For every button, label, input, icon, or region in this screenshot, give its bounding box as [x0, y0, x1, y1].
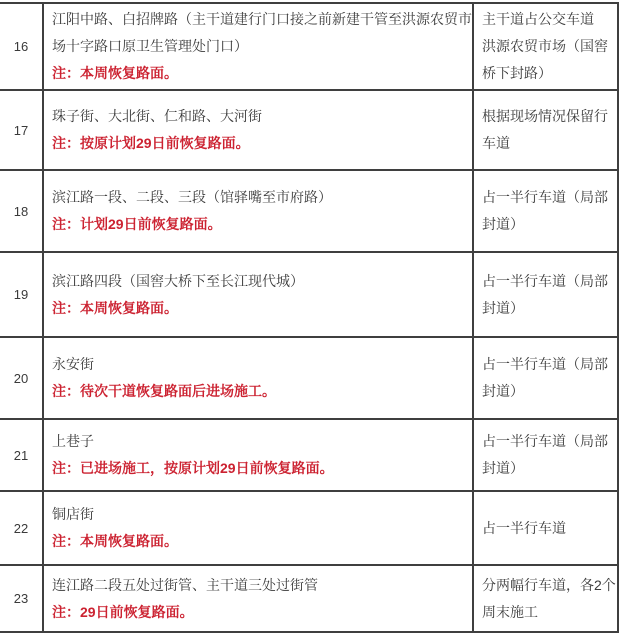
- lane-info: 占一半行车道: [482, 515, 617, 542]
- row-number-cell: 21: [0, 420, 44, 490]
- row-number: 16: [14, 33, 28, 60]
- row-number: 17: [14, 117, 28, 144]
- lane-cell: 占一半行车道: [474, 492, 619, 564]
- road-desc-cell: 滨江路一段、二段、三段（馆驿嘴至市府路） 注：计划29日前恢复路面。: [44, 171, 474, 251]
- row-number: 23: [14, 585, 28, 612]
- row-number: 22: [14, 515, 28, 542]
- lane-cell: 占一半行车道（局部封道）: [474, 253, 619, 336]
- table-row: 21 上巷子 注：已进场施工，按原计划29日前恢复路面。 占一半行车道（局部封道…: [0, 420, 619, 492]
- road-desc-cell: 永安街 注：待次干道恢复路面后进场施工。: [44, 338, 474, 418]
- road-desc: 铜店街: [52, 501, 472, 528]
- row-number-cell: 19: [0, 253, 44, 336]
- road-desc-cell: 滨江路四段（国窖大桥下至长江现代城） 注：本周恢复路面。: [44, 253, 474, 336]
- row-number: 20: [14, 365, 28, 392]
- table-row: 20 永安街 注：待次干道恢复路面后进场施工。 占一半行车道（局部封道）: [0, 338, 619, 420]
- row-number: 21: [14, 442, 28, 469]
- lane-info: 占一半行车道（局部封道）: [482, 184, 617, 238]
- road-desc: 江阳中路、白招牌路（主干道建行门口接之前新建干管至洪源农贸市场十字路口原卫生管理…: [52, 6, 472, 60]
- table-row: 22 铜店街 注：本周恢复路面。 占一半行车道: [0, 492, 619, 566]
- road-desc: 连江路二段五处过街管、主干道三处过街管: [52, 572, 472, 599]
- table-row: 18 滨江路一段、二段、三段（馆驿嘴至市府路） 注：计划29日前恢复路面。 占一…: [0, 171, 619, 253]
- row-number-cell: 20: [0, 338, 44, 418]
- road-note: 注：计划29日前恢复路面。: [52, 211, 472, 238]
- road-note: 注：待次干道恢复路面后进场施工。: [52, 378, 472, 405]
- roadwork-table: 16 江阳中路、白招牌路（主干道建行门口接之前新建干管至洪源农贸市场十字路口原卫…: [0, 2, 619, 633]
- road-desc: 上巷子: [52, 428, 472, 455]
- lane-cell: 主干道占公交车道 洪源农贸市场（国窖桥下封路）: [474, 4, 619, 89]
- road-note: 注：29日前恢复路面。: [52, 599, 472, 626]
- row-number-cell: 16: [0, 4, 44, 89]
- lane-info: 洪源农贸市场（国窖桥下封路）: [482, 33, 617, 87]
- row-number: 18: [14, 198, 28, 225]
- lane-info: 主干道占公交车道: [482, 6, 617, 33]
- lane-info: 占一半行车道（局部封道）: [482, 428, 617, 482]
- row-number-cell: 18: [0, 171, 44, 251]
- road-desc-cell: 江阳中路、白招牌路（主干道建行门口接之前新建干管至洪源农贸市场十字路口原卫生管理…: [44, 4, 474, 89]
- row-number-cell: 22: [0, 492, 44, 564]
- road-note: 注：本周恢复路面。: [52, 295, 472, 322]
- road-desc-cell: 珠子街、大北街、仁和路、大河街 注：按原计划29日前恢复路面。: [44, 91, 474, 169]
- table-row: 23 连江路二段五处过街管、主干道三处过街管 注：29日前恢复路面。 分两幅行车…: [0, 566, 619, 633]
- road-desc-cell: 上巷子 注：已进场施工，按原计划29日前恢复路面。: [44, 420, 474, 490]
- lane-info: 占一半行车道（局部封道）: [482, 351, 617, 405]
- lane-cell: 占一半行车道（局部封道）: [474, 171, 619, 251]
- lane-info: 占一半行车道（局部封道）: [482, 268, 617, 322]
- road-note: 注：本周恢复路面。: [52, 60, 472, 87]
- lane-info: 分两幅行车道，各2个周末施工: [482, 572, 617, 626]
- table-row: 17 珠子街、大北街、仁和路、大河街 注：按原计划29日前恢复路面。 根据现场情…: [0, 91, 619, 171]
- road-note: 注：已进场施工，按原计划29日前恢复路面。: [52, 455, 472, 482]
- road-note: 注：本周恢复路面。: [52, 528, 472, 555]
- road-desc: 永安街: [52, 351, 472, 378]
- lane-cell: 分两幅行车道，各2个周末施工: [474, 566, 619, 631]
- lane-cell: 占一半行车道（局部封道）: [474, 338, 619, 418]
- road-desc: 珠子街、大北街、仁和路、大河街: [52, 103, 472, 130]
- row-number-cell: 17: [0, 91, 44, 169]
- row-number: 19: [14, 281, 28, 308]
- lane-cell: 根据现场情况保留行车道: [474, 91, 619, 169]
- lane-info: 根据现场情况保留行车道: [482, 103, 617, 157]
- road-desc-cell: 铜店街 注：本周恢复路面。: [44, 492, 474, 564]
- road-desc: 滨江路一段、二段、三段（馆驿嘴至市府路）: [52, 184, 472, 211]
- lane-cell: 占一半行车道（局部封道）: [474, 420, 619, 490]
- row-number-cell: 23: [0, 566, 44, 631]
- table-row: 19 滨江路四段（国窖大桥下至长江现代城） 注：本周恢复路面。 占一半行车道（局…: [0, 253, 619, 338]
- table-row: 16 江阳中路、白招牌路（主干道建行门口接之前新建干管至洪源农贸市场十字路口原卫…: [0, 4, 619, 91]
- road-desc-cell: 连江路二段五处过街管、主干道三处过街管 注：29日前恢复路面。: [44, 566, 474, 631]
- road-note: 注：按原计划29日前恢复路面。: [52, 130, 472, 157]
- road-desc: 滨江路四段（国窖大桥下至长江现代城）: [52, 268, 472, 295]
